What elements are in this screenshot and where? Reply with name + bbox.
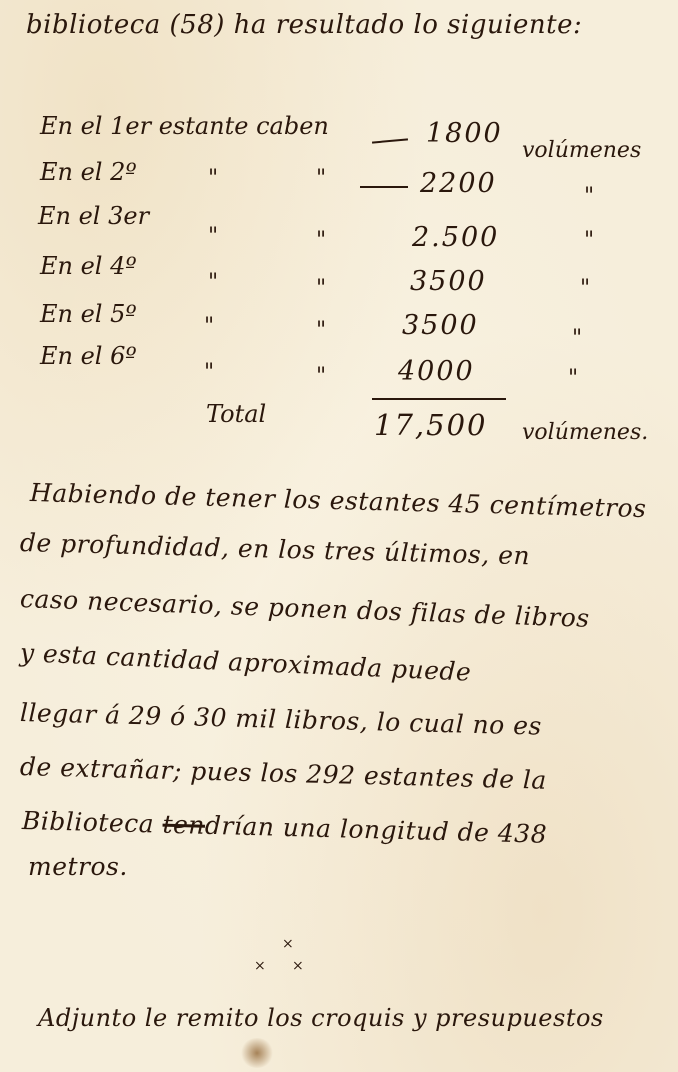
row-label: En el 1er estante caben xyxy=(40,112,329,140)
paragraph-line: Habiendo de tener los estantes 45 centím… xyxy=(30,478,647,523)
text-segment: drían una longitud de 438 xyxy=(205,811,548,849)
ditto-mark: " xyxy=(204,314,214,339)
row-label: En el 2º xyxy=(40,158,137,186)
ditto-mark: " xyxy=(208,166,218,191)
row-label: En el 3er xyxy=(38,202,149,230)
row-label: En el 6º xyxy=(40,342,137,370)
total-value: 17,500 xyxy=(374,408,487,442)
paragraph-line: de profundidad, en los tres últimos, en xyxy=(20,528,531,570)
closing-line: Adjunto le remito los croquis y presupue… xyxy=(38,1004,604,1032)
ditto-mark: " xyxy=(316,228,326,253)
row-label: En el 4º xyxy=(40,252,137,280)
separator-mark-right: × xyxy=(292,958,304,974)
row-value: 2.500 xyxy=(412,222,499,253)
ditto-mark: " xyxy=(208,224,218,249)
paragraph-line-with-strike: Biblioteca tendrían una longitud de 438 xyxy=(22,806,548,849)
ditto-mark: " xyxy=(204,360,214,385)
row-unit: " xyxy=(580,276,590,301)
paragraph-line: de extrañar; pues los 292 estantes de la xyxy=(20,752,548,795)
separator-mark-left: × xyxy=(254,958,266,974)
row-label: En el 5º xyxy=(40,300,137,328)
ditto-mark: " xyxy=(316,166,326,191)
dash-mark xyxy=(360,186,408,188)
row-value: 1800 xyxy=(426,118,503,149)
row-unit: volúmenes xyxy=(522,138,641,163)
struck-text: ten xyxy=(162,810,205,840)
row-unit: " xyxy=(568,366,578,391)
row-value: 3500 xyxy=(410,266,487,297)
ditto-mark: " xyxy=(208,270,218,295)
ditto-mark: " xyxy=(316,364,326,389)
paragraph-line: y esta cantidad aproximada puede xyxy=(19,638,472,687)
ditto-mark: " xyxy=(316,276,326,301)
separator-mark-top: × xyxy=(282,936,294,952)
row-value: 3500 xyxy=(402,310,479,341)
paragraph-line: metros. xyxy=(28,852,128,881)
ink-stain xyxy=(240,1038,274,1068)
paragraph-line: llegar á 29 ó 30 mil libros, lo cual no … xyxy=(20,698,543,741)
paragraph-line: caso necesario, se ponen dos filas de li… xyxy=(19,584,590,633)
text-segment: Biblioteca xyxy=(22,806,155,838)
row-unit: " xyxy=(572,326,582,351)
total-label: Total xyxy=(206,400,266,428)
row-value: 2200 xyxy=(420,168,497,199)
sum-rule xyxy=(372,398,506,400)
row-value: 4000 xyxy=(398,356,475,387)
ditto-mark: " xyxy=(316,318,326,343)
row-unit: " xyxy=(584,228,594,253)
dash-mark xyxy=(372,138,408,143)
intro-line: biblioteca (58) ha resultado lo siguient… xyxy=(26,10,582,40)
row-unit: " xyxy=(584,184,594,209)
total-unit: volúmenes. xyxy=(522,420,648,445)
